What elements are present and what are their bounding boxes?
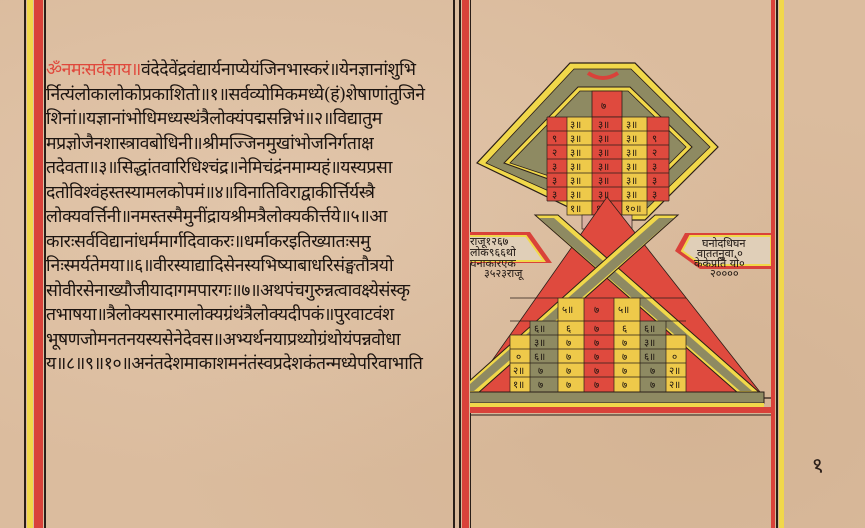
text-line-7: लोक्यवर्त्तिनी॥नमस्तस्मैमुनींद्रायश्रीमत… — [46, 205, 452, 230]
svg-text:६: ६ — [622, 324, 627, 335]
svg-text:६॥: ६॥ — [644, 352, 655, 363]
svg-text:७: ७ — [622, 380, 627, 391]
svg-text:७: ७ — [566, 380, 571, 391]
svg-text:१॥: १॥ — [513, 380, 524, 391]
left-border-yellow-band — [27, 0, 33, 528]
svg-text:३॥: ३॥ — [626, 148, 637, 159]
text-line-3: शिनां॥यज्ञानांभोधिमध्यस्थंत्रैलोक्यंपद्म… — [46, 107, 452, 132]
text-line-12: भूषणजोमनतनयस्यसेनेदेवस॥अभ्यर्थनयाप्रथ्यो… — [46, 328, 452, 353]
svg-text:३॥: ३॥ — [626, 120, 637, 131]
svg-text:३: ३ — [652, 162, 657, 173]
svg-text:७: ७ — [594, 305, 599, 316]
svg-text:३॥: ३॥ — [598, 134, 609, 145]
text-line-1: ॐनमःसर्वज्ञाय॥वंदेदेवेंद्रवंद्यार्यनाप्य… — [46, 58, 452, 83]
left-border-ink-rule — [24, 0, 26, 528]
left-border-red-band — [34, 0, 43, 528]
svg-text:७: ७ — [622, 366, 627, 377]
svg-text:३: ३ — [552, 190, 557, 201]
svg-text:३॥: ३॥ — [570, 134, 581, 145]
svg-text:१॥: १॥ — [570, 204, 581, 215]
svg-text:७: ७ — [538, 380, 543, 391]
text-panel: ॐनमःसर्वज्ञाय॥वंदेदेवेंद्रवंद्यार्यनाप्य… — [46, 58, 452, 377]
svg-text:३: ३ — [552, 176, 557, 187]
svg-text:२॥: २॥ — [669, 380, 680, 391]
text-line-8: कारःसर्वविद्यानांधर्ममार्गदिवाकरः॥धर्माक… — [46, 230, 452, 255]
text-line-13: य॥८॥९॥१०॥अनंतदेशमाकाशमनंतंस्वप्रदेशकंतन्… — [46, 352, 452, 377]
text-line-11: तभाषया॥त्रैलोक्यसारमालोक्यग्रंथंत्रैलोक्… — [46, 303, 452, 328]
manuscript-folio: ॐनमःसर्वज्ञाय॥वंदेदेवेंद्रवंद्यार्यनाप्य… — [0, 0, 865, 528]
right-note-line-4: २०००० — [710, 267, 739, 280]
svg-text:७: ७ — [594, 366, 599, 377]
cosmic-diagram-graphic: ७ ३॥३॥३॥ ९३॥३॥ — [470, 55, 771, 475]
right-border-ink-rule — [776, 0, 778, 528]
svg-text:३॥: ३॥ — [626, 134, 637, 145]
diagram-panel-red-band — [462, 0, 469, 528]
svg-text:५॥: ५॥ — [618, 305, 629, 316]
svg-text:७: ७ — [566, 366, 571, 377]
svg-text:७: ७ — [622, 338, 627, 349]
svg-text:७: ७ — [594, 338, 599, 349]
svg-text:६॥: ६॥ — [534, 352, 545, 363]
svg-text:७: ७ — [650, 366, 655, 377]
svg-text:९: ९ — [652, 134, 657, 145]
svg-text:३॥: ३॥ — [598, 148, 609, 159]
svg-text:७: ७ — [594, 324, 599, 335]
svg-text:२॥: २॥ — [513, 366, 524, 377]
svg-text:३॥: ३॥ — [570, 148, 581, 159]
loka-purusha-diagram: ७ ३॥३॥३॥ ९३॥३॥ — [470, 55, 771, 475]
svg-text:३॥: ३॥ — [598, 120, 609, 131]
svg-text:७: ७ — [538, 366, 543, 377]
svg-text:७: ७ — [622, 352, 627, 363]
diagram-panel-left-rule — [459, 0, 461, 528]
text-line-2: र्नित्यंलोकालोकोप्रकाशितो॥१॥सर्वव्योमिकम… — [46, 83, 452, 108]
svg-text:३॥: ३॥ — [598, 176, 609, 187]
svg-text:३॥: ३॥ — [626, 176, 637, 187]
svg-text:२: २ — [652, 148, 657, 159]
svg-text:३॥: ३॥ — [570, 120, 581, 131]
svg-text:२॥: २॥ — [669, 366, 680, 377]
text-line-4: मप्रज्ञोजैनशास्त्रावबोधिनी॥श्रीमज्जिनमुख… — [46, 132, 452, 157]
svg-text:३॥: ३॥ — [644, 338, 655, 349]
svg-text:३॥: ३॥ — [534, 338, 545, 349]
svg-text:६: ६ — [566, 324, 571, 335]
svg-text:३: ३ — [652, 176, 657, 187]
upper-grid: ३॥३॥३॥ ९३॥३॥३॥९ २३॥३॥३॥२ ३३॥३॥३॥३ ३३॥३॥३… — [547, 117, 669, 201]
svg-text:७: ७ — [566, 338, 571, 349]
right-border-red-band — [771, 0, 775, 528]
svg-text:३॥: ३॥ — [570, 176, 581, 187]
svg-text:६॥: ६॥ — [644, 324, 655, 335]
svg-text:२: २ — [552, 148, 557, 159]
top-cell-label: ७ — [601, 101, 606, 112]
svg-text:३॥: ३॥ — [570, 162, 581, 173]
folio-number: १ — [809, 449, 826, 481]
svg-text:७: ७ — [594, 380, 599, 391]
svg-text:१०॥: १०॥ — [625, 204, 641, 215]
text-panel-right-rule — [453, 0, 455, 528]
svg-text:७: ७ — [566, 352, 571, 363]
invocation-rubric: ॐनमःसर्वज्ञाय॥ — [46, 60, 141, 80]
svg-text:३॥: ३॥ — [570, 190, 581, 201]
svg-text:५॥: ५॥ — [562, 305, 573, 316]
right-border-yellow-band — [779, 0, 784, 528]
text-line-9: निःस्मर्यतेमया॥६॥वीरस्याद्यादिसेनस्यभिष्… — [46, 254, 452, 279]
svg-text:७: ७ — [594, 352, 599, 363]
text-line-6: दतोविश्वंहस्तस्यामलकोपमं॥४॥विनातिविराद्व… — [46, 181, 452, 206]
svg-text:०: ० — [516, 352, 521, 363]
svg-text:३: ३ — [652, 190, 657, 201]
svg-text:३: ३ — [552, 162, 557, 173]
svg-text:३॥: ३॥ — [626, 162, 637, 173]
svg-text:३॥: ३॥ — [598, 162, 609, 173]
svg-text:६॥: ६॥ — [534, 324, 545, 335]
svg-text:९: ९ — [552, 134, 557, 145]
svg-text:०: ० — [672, 352, 677, 363]
text-line-5: तदेवता॥३॥सिद्धांतवारिधिश्चंद्र॥नेमिचंद्र… — [46, 156, 452, 181]
svg-text:७: ७ — [650, 380, 655, 391]
svg-text:३॥: ३॥ — [626, 190, 637, 201]
text-line-10: सोवीरसेनाख्यौजीयादागमपारगः॥७॥अथपंचगुरुन्… — [46, 279, 452, 304]
left-note-line-4: ३५२३राजू — [484, 267, 524, 281]
